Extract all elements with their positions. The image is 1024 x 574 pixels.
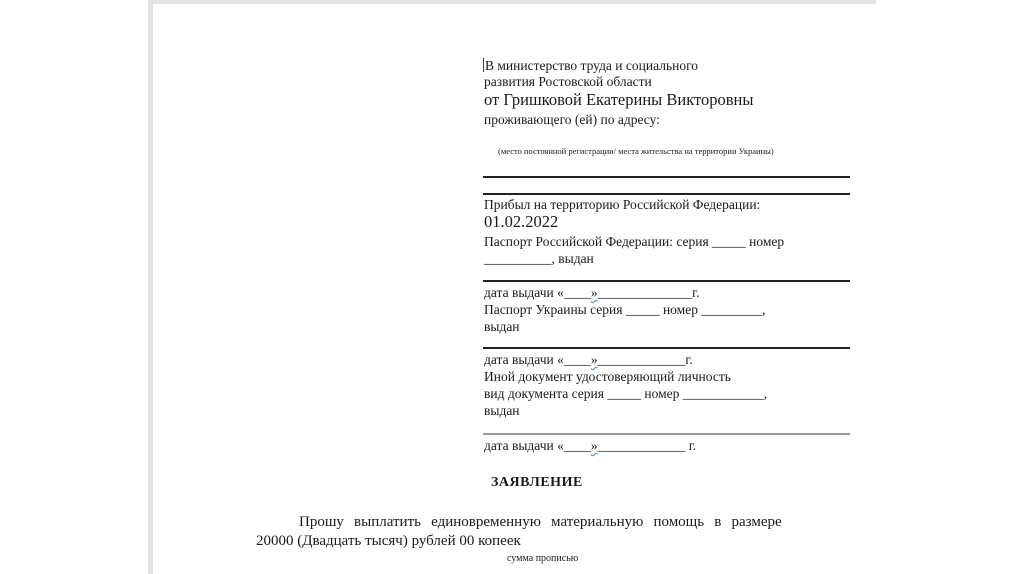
statement-body-line-2[interactable]: 20000 (Двадцать тысяч) рублей 00 копеек: [256, 534, 521, 549]
residing-label: проживающего (ей) по адресу:: [484, 113, 660, 127]
arrival-label: Прибыл на территорию Российской Федераци…: [484, 198, 760, 212]
addressee-line-1: В министерство труда и социального: [483, 58, 698, 73]
passport-rf-line-1[interactable]: Паспорт Российской Федерации: серия ____…: [484, 235, 784, 249]
other-doc-issue-date[interactable]: дата выдачи «____»_____________ г.: [484, 439, 696, 453]
passport-ua-issue-date[interactable]: дата выдачи «____»_____________г.: [484, 353, 693, 367]
other-doc-line-1: Иной документ удостоверяющий личность: [484, 370, 731, 384]
passport-rf-line-2[interactable]: __________, выдан: [484, 252, 594, 266]
statement-title: ЗАЯВЛЕНИЕ: [491, 476, 583, 490]
applicant-name[interactable]: от Гришковой Екатерины Викторовны: [484, 92, 753, 109]
other-doc-issuer-line[interactable]: [483, 433, 850, 435]
passport-rf-issuer-line[interactable]: [483, 280, 850, 282]
other-doc-line-3: выдан: [484, 404, 520, 418]
address-hint: (место постоянной регистрации/ места жит…: [498, 147, 774, 156]
arrival-date[interactable]: 01.02.2022: [484, 214, 558, 231]
passport-ua-line-2: выдан: [484, 320, 520, 334]
address-line-1[interactable]: [483, 176, 850, 178]
address-line-2[interactable]: [483, 193, 850, 195]
statement-body-line-1[interactable]: Прошу выплатить единовременную материаль…: [299, 515, 782, 530]
other-doc-line-2[interactable]: вид документа серия _____ номер ________…: [484, 387, 767, 401]
addressee-line-2: развития Ростовской области: [484, 75, 652, 89]
amount-caption: сумма прописью: [507, 554, 578, 564]
passport-ua-line-1[interactable]: Паспорт Украины серия _____ номер ______…: [484, 303, 765, 317]
passport-rf-issue-date[interactable]: дата выдачи «____»______________г.: [484, 286, 700, 300]
passport-ua-issuer-line[interactable]: [483, 347, 850, 349]
text-cursor: [483, 58, 484, 72]
